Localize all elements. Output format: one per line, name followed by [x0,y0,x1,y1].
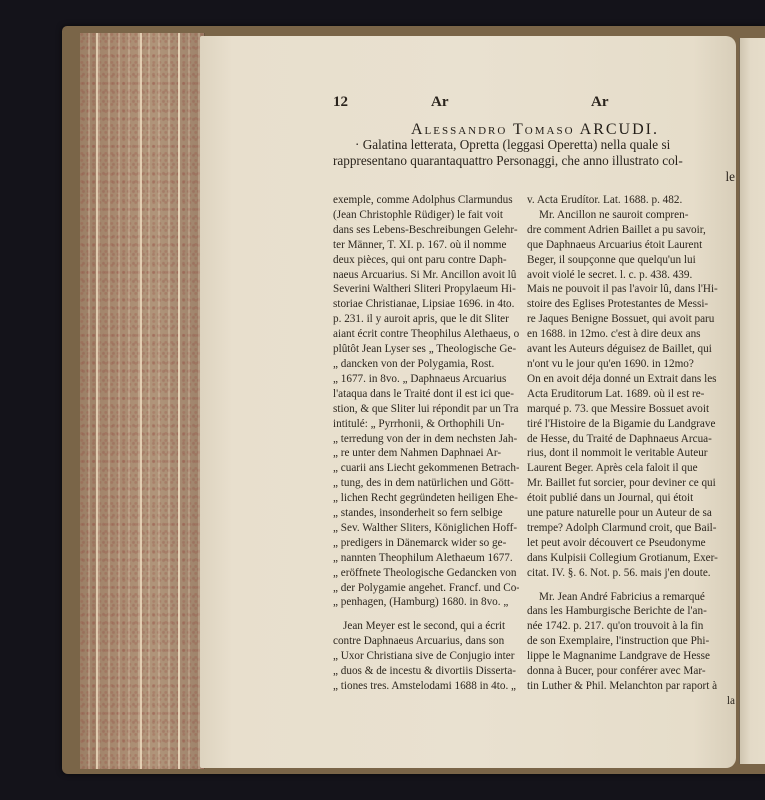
text-line: „ dancken von der Polygamia, Rost. [333,357,519,372]
text-line: l'ataqua dans le Traité dont il est ici … [333,387,519,402]
intro-line: le [333,169,735,185]
text-line: On en avoit déja donné un Extrait dans l… [527,372,735,387]
text-line: „ cuarii ans Liecht gekommenen Betrach- [333,461,519,476]
text-line: „ predigers in Dänemarck wider so ge- [333,536,519,551]
running-head: 12 Ar Ar [333,94,615,114]
text-line: née 1742. p. 217. qu'on trouvoit à la fi… [527,619,735,634]
left-column: exemple, comme Adolphus Clarmundus (Jean… [333,193,519,694]
text-line: let peut avoir découvert ce Pseudonyme [527,536,735,551]
text-line: dre comment Adrien Baillet a pu savoir, [527,223,735,238]
text-line: dans ses Lebens-Beschreibungen Gelehr- [333,223,519,238]
text-line: „ Uxor Christiana sive de Conjugio inter [333,649,519,664]
text-line: marqué p. 73. que Messire Bossuet avoit [527,402,735,417]
text-line: „ tung, des in dem natürlichen und Gött- [333,476,519,491]
text-line: tiré l'Histoire de la Bigamie du Landgra… [527,417,735,432]
running-head-left: Ar [431,94,449,111]
text-line: tin Luther & Phil. Melanchton par raport… [527,679,735,694]
text-line: (Jean Christophle Rüdiger) le fait voit [333,208,519,223]
text-line: en 1688. in 12mo. c'est à dire deux ans [527,327,735,342]
text-line: storiae Christianae, Lipsiae 1696. in 4t… [333,297,519,312]
page-number: 12 [333,94,348,111]
text-line: Laurent Beger. Après cela faloit il que [527,461,735,476]
text-line: Mr. Ancillon ne sauroit compren- [527,208,735,223]
page-edge-line [140,33,142,769]
text-line: de son Exemplaire, l'instruction que Phi… [527,634,735,649]
text-line: naeus Arcuarius. Si Mr. Ancillon avoit l… [333,268,519,283]
text-line: Beger, il soupçonne que quelqu'un lui [527,253,735,268]
text-line: „ penhagen, (Hamburg) 1680. in 8vo. „ [333,595,519,610]
text-line: „ nannten Theophilum Alethaeum 1677. [333,551,519,566]
text-line: „ standes, insonderheit so fern selbige [333,506,519,521]
text-line: re Jaques Benigne Bossuet, qui avoit par… [527,312,735,327]
text-line: trempe? Adolph Clarmund croit, que Bail- [527,521,735,536]
text-line: citat. IV. §. 6. Not. p. 56. mais j'en d… [527,566,735,581]
right-column: v. Acta Erudítor. Lat. 1688. p. 482. Mr.… [527,193,735,709]
text-line: une pature naturelle pour un Auteur de s… [527,506,735,521]
text-line: „ re unter dem Nahmen Daphnaei Ar- [333,446,519,461]
text-line: intitulé: „ Pyrrhonii, & Orthophili Un- [333,417,519,432]
text-line: Jean Meyer est le second, qui a écrit [333,619,519,634]
intro-line: rappresentano quarantaquattro Personaggi… [333,153,735,169]
text-line: „ eröffnete Theologische Gedancken von [333,566,519,581]
text-line: contre Daphnaeus Arcuarius, dans son [333,634,519,649]
catchword: la [527,694,735,709]
paragraph-gap [527,581,735,590]
next-page-edge [739,38,765,764]
text-line: „ terredung von der in dem nechsten Jah- [333,432,519,447]
text-line: Mr. Baillet fut sorcier, pour deviner ce… [527,476,735,491]
text-line: „ Sev. Walther Sliters, Königlichen Hoff… [333,521,519,536]
text-line: n'ont vu le jour qu'en 1690. in 12mo? [527,357,735,372]
text-line: „ 1677. in 8vo. „ Daphnaeus Arcuarius [333,372,519,387]
entry-intro: · Galatina letterata, Opretta (leggasi O… [333,137,735,185]
text-line: stoire des Eglises Protestantes de Messi… [527,297,735,312]
text-line: Severini Waltheri Sliteri Propylaeum Hi- [333,282,519,297]
page-edge-line [96,33,98,769]
text-line: de Hesse, du Traité de Daphnaeus Arcua- [527,432,735,447]
text-line: rius, dont il nommoit le veritable Auteu… [527,446,735,461]
text-line: plûtôt Jean Lyser ses „ Theologische Ge- [333,342,519,357]
text-line: stion, & que Sliter lui répondit par un … [333,402,519,417]
page-edge-line [178,33,180,769]
text-line: étoit publié dans un Journal, qui étoit [527,491,735,506]
text-line: deux pièces, qui ont paru contre Daph- [333,253,519,268]
text-line: avant les Auteurs déguisez de Baillet, q… [527,342,735,357]
text-line: dans les Hamburgische Berichte de l'an- [527,604,735,619]
text-line: exemple, comme Adolphus Clarmundus [333,193,519,208]
running-head-right: Ar [591,94,609,111]
text-line: avoit violé le secret. l. c. p. 438. 439… [527,268,735,283]
text-line: p. 231. il y auroit apris, que le dit Sl… [333,312,519,327]
text-line: Acta Eruditorum Lat. 1689. où il est re- [527,387,735,402]
text-line: dans Kulpisii Collegium Grotianum, Exer- [527,551,735,566]
intro-line: · Galatina letterata, Opretta (leggasi O… [333,137,735,153]
text-line: „ lichen Recht gegründeten heiligen Ehe- [333,491,519,506]
text-line: Mais ne pouvoit il pas l'avoir lû, dans … [527,282,735,297]
text-line: ter Männer, T. XI. p. 167. où il nomme [333,238,519,253]
text-line: Mr. Jean André Fabricius a remarqué [527,590,735,605]
page-edges-stack [80,33,205,769]
text-line: „ der Polygamie angehet. Francf. und Co- [333,581,519,596]
text-line: v. Acta Erudítor. Lat. 1688. p. 482. [527,193,735,208]
text-line: lippe le Magnanime Landgrave de Hesse [527,649,735,664]
text-line: donna à Bucer, pour conférer avec Mar- [527,664,735,679]
text-line: aiant écrit contre Theophilus Alethaeus,… [333,327,519,342]
text-line: „ tiones tres. Amstelodami 1688 in 4to. … [333,679,519,694]
text-line: que Daphnaeus Arcuarius étoit Laurent [527,238,735,253]
paragraph-gap [333,610,519,619]
text-line: „ duos & de incestu & divortiis Disserta… [333,664,519,679]
